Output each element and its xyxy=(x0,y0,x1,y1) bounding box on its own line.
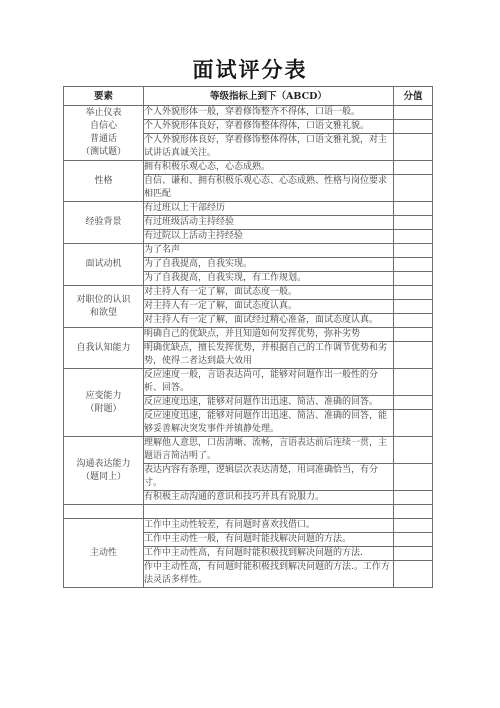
element-cell: 举止仪表 自信心 普通话 （测试题） xyxy=(64,106,144,161)
score-cell xyxy=(394,216,433,230)
indicator-cell: 个人外貌形体良好，穿着修饰整体得体，口语文雅礼貌，对主试讲话真诚关注。 xyxy=(144,134,394,161)
indicator-cell: 明确自己的优缺点，并且知道如何发挥优势，弥补劣势 xyxy=(144,328,394,342)
indicator-cell: 工作中主动性高，有问题时能积极找到解决问题的方法. xyxy=(144,547,394,561)
score-cell xyxy=(394,314,433,328)
table-row: 主动性工作中主动性较差，有问题时喜欢找借口。 xyxy=(64,519,433,533)
score-cell xyxy=(394,561,433,588)
score-cell xyxy=(394,106,433,120)
document-title: 面试评分表 xyxy=(0,54,500,84)
score-cell xyxy=(394,396,433,410)
header-element: 要素 xyxy=(64,87,144,106)
indicator-cell: 反应速度迅速，能够对问题作出迅速、简洁、准确的回答。 xyxy=(144,396,394,410)
score-cell xyxy=(394,202,433,216)
indicator-cell: 有过院以上活动主持经验 xyxy=(144,230,394,244)
element-cell: 主动性 xyxy=(64,519,144,588)
indicator-cell xyxy=(144,505,394,519)
element-cell: 应变能力 （附题） xyxy=(64,369,144,437)
indicator-cell: 为了自我提高，自我实现，有工作规划。 xyxy=(144,272,394,286)
indicator-cell: 作中主动性高，有问题时能积极找到解决问题的方法.。工作方法灵活多样性。 xyxy=(144,561,394,588)
element-cell: 自我认知能力 xyxy=(64,328,144,369)
score-cell xyxy=(394,230,433,244)
score-cell xyxy=(394,134,433,161)
indicator-cell: 对主持人有一定了解，面试经过精心准备，面试态度认真。 xyxy=(144,314,394,328)
table-body: 举止仪表 自信心 普通话 （测试题）个人外貌形体一般，穿着修饰整齐不得体，口语一… xyxy=(64,106,433,588)
element-cell: 对职位的认识 和欲望 xyxy=(64,286,144,328)
element-cell: 性格 xyxy=(64,161,144,202)
table-row: 对职位的认识 和欲望对主持人有一定了解，面试态度一般。 xyxy=(64,286,433,300)
header-score: 分值 xyxy=(394,87,433,106)
score-cell xyxy=(394,464,433,491)
indicator-cell: 反应速度迅速，能够对问题作出迅速、简洁、准确的回答，能够妥善解决突发事件并镇静处… xyxy=(144,410,394,437)
score-cell xyxy=(394,369,433,396)
indicator-cell: 自信、谦和、拥有积极乐观心态、心态成熟、性格与岗位要求相匹配 xyxy=(144,175,394,202)
score-cell xyxy=(394,505,433,519)
element-cell: 经验背景 xyxy=(64,202,144,244)
score-cell xyxy=(394,410,433,437)
score-cell xyxy=(394,491,433,505)
element-cell xyxy=(64,505,144,519)
score-cell xyxy=(394,547,433,561)
score-cell xyxy=(394,258,433,272)
table-header-row: 要素 等级指标上到下（ABCD） 分值 xyxy=(64,87,433,106)
element-cell: 面试动机 xyxy=(64,244,144,286)
score-cell xyxy=(394,175,433,202)
table-row: 沟通表达能力 （题同上）理解他人意思，口齿清晰、流畅，言语表达前后连续一贯，主题… xyxy=(64,437,433,464)
indicator-cell: 为了名声 xyxy=(144,244,394,258)
score-cell xyxy=(394,272,433,286)
score-cell xyxy=(394,328,433,342)
table-row: 自我认知能力明确自己的优缺点，并且知道如何发挥优势，弥补劣势 xyxy=(64,328,433,342)
table-row xyxy=(64,505,433,519)
indicator-cell: 反应速度一般，言语表达尚可，能够对问题作出一般性的分析、回答。 xyxy=(144,369,394,396)
scoring-table: 要素 等级指标上到下（ABCD） 分值 举止仪表 自信心 普通话 （测试题）个人… xyxy=(63,86,433,588)
indicator-cell: 理解他人意思，口齿清晰、流畅，言语表达前后连续一贯，主题语言简洁明了。 xyxy=(144,437,394,464)
header-grade-indicators: 等级指标上到下（ABCD） xyxy=(144,87,394,106)
table-row: 举止仪表 自信心 普通话 （测试题）个人外貌形体一般，穿着修饰整齐不得体，口语一… xyxy=(64,106,433,120)
indicator-cell: 表达内容有条理，逻辑层次表达清楚，用词准确恰当，有分寸。 xyxy=(144,464,394,491)
document-page: 面试评分表 要素 等级指标上到下（ABCD） 分值 举止仪表 自信心 普通话 （… xyxy=(0,0,500,708)
indicator-cell: 有积极主动沟通的意识和技巧并具有说服力。 xyxy=(144,491,394,505)
indicator-cell: 个人外貌形体良好，穿着修饰整体得体，口语文雅礼貌。 xyxy=(144,120,394,134)
element-cell: 沟通表达能力 （题同上） xyxy=(64,437,144,505)
indicator-cell: 工作中主动性一般，有问题时能找解决问题的方法。 xyxy=(144,533,394,547)
indicator-cell: 有过班级活动主持经验 xyxy=(144,216,394,230)
score-cell xyxy=(394,437,433,464)
score-cell xyxy=(394,286,433,300)
indicator-cell: 对主持人有一定了解，面试态度认真。 xyxy=(144,300,394,314)
table-row: 应变能力 （附题）反应速度一般，言语表达尚可，能够对问题作出一般性的分析、回答。 xyxy=(64,369,433,396)
indicator-cell: 有过班以上干部经历 xyxy=(144,202,394,216)
score-cell xyxy=(394,533,433,547)
score-cell xyxy=(394,300,433,314)
score-cell xyxy=(394,519,433,533)
score-cell xyxy=(394,342,433,369)
indicator-cell: 明确优缺点，擅长发挥优势，并根据自己的工作调节优势和劣势，使得二者达到最大效用 xyxy=(144,342,394,369)
indicator-cell: 个人外貌形体一般，穿着修饰整齐不得体，口语一般。 xyxy=(144,106,394,120)
table-container: 要素 等级指标上到下（ABCD） 分值 举止仪表 自信心 普通话 （测试题）个人… xyxy=(63,86,433,588)
indicator-cell: 为了自我提高，自我实现。 xyxy=(144,258,394,272)
table-row: 经验背景有过班以上干部经历 xyxy=(64,202,433,216)
table-row: 面试动机为了名声 xyxy=(64,244,433,258)
table-row: 性格拥有积极乐观心态，心态成熟。 xyxy=(64,161,433,175)
score-cell xyxy=(394,161,433,175)
indicator-cell: 拥有积极乐观心态，心态成熟。 xyxy=(144,161,394,175)
score-cell xyxy=(394,120,433,134)
indicator-cell: 对主持人有一定了解，面试态度一般。 xyxy=(144,286,394,300)
indicator-cell: 工作中主动性较差，有问题时喜欢找借口。 xyxy=(144,519,394,533)
score-cell xyxy=(394,244,433,258)
